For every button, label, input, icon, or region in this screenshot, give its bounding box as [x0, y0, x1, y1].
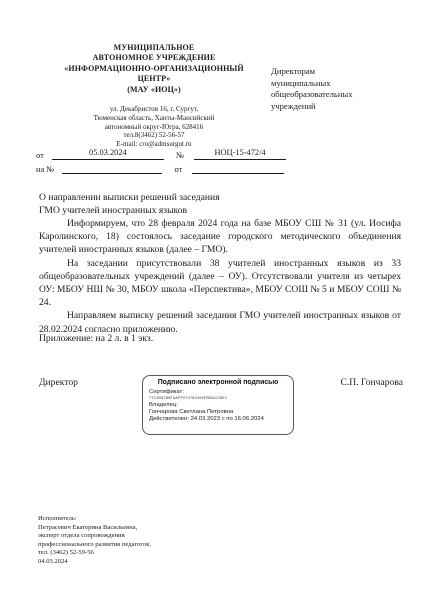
body-paragraph: Направляем выписку решений заседания ГМО…: [39, 309, 401, 335]
letter-body: Информируем, что 28 февраля 2024 года на…: [39, 217, 401, 336]
subject-line: ГМО учителей иностранных языков: [39, 204, 289, 217]
executor-title-line: профессионального развития педагогов,: [38, 541, 238, 550]
org-contacts-block: ул. Декабристов 16, г. Сургут, Тюменская…: [38, 105, 270, 149]
org-address-line: автономный округ-Югра, 628416: [38, 123, 270, 132]
ref-reply-date-value: [192, 162, 284, 174]
stamp-validity: Действителен: 24.03.2023 с по 16.06.2024: [149, 416, 287, 423]
body-paragraph: Информируем, что 28 февраля 2024 года на…: [39, 217, 401, 257]
addressee-line: муниципальных: [271, 78, 406, 90]
addressee-line: Директорам: [271, 66, 406, 78]
org-name-line: «ИНФОРМАЦИОННО-ОРГАНИЗАЦИОННЫЙ: [38, 64, 270, 74]
letter-page: МУНИЦИПАЛЬНОЕ АВТОНОМНОЕ УЧРЕЖДЕНИЕ «ИНФ…: [0, 0, 424, 600]
org-address-line: Тюменская область, Ханты-Мансийский: [38, 114, 270, 123]
executor-block: Исполнитель: Петрасевич Екатерина Василь…: [38, 515, 238, 567]
executor-title-line: эксперт отдела сопровождения: [38, 532, 238, 541]
executor-label: Исполнитель:: [38, 515, 238, 524]
ref-reply-from-label: от: [174, 165, 182, 174]
org-phone-line: тел.8(3462) 52-56-57: [38, 131, 270, 140]
ref-reply-number-value: [62, 162, 162, 174]
addressee-line: общеобразовательных: [271, 89, 406, 101]
ref-reply-label: на №: [36, 165, 54, 174]
ref-number-value: НОЦ-15-472/4: [194, 148, 286, 160]
stamp-title: Подписано электронной подписью: [149, 379, 287, 387]
subject-line: О направлении выписки решений заседания: [39, 191, 289, 204]
executor-name: Петрасевич Екатерина Васильевна,: [38, 524, 238, 533]
body-paragraph: На заседании присутствовали 38 учителей …: [39, 257, 401, 310]
org-name-line: (МАУ «ИОЦ»): [38, 85, 270, 95]
ref-from-label: от: [36, 151, 44, 160]
stamp-owner-label: Владелец:: [149, 402, 287, 409]
org-name-block: МУНИЦИПАЛЬНОЕ АВТОНОМНОЕ УЧРЕЖДЕНИЕ «ИНФ…: [38, 43, 270, 95]
ref-number-label: №: [176, 151, 184, 160]
addressee-block: Директорам муниципальных общеобразовател…: [271, 66, 406, 112]
org-name-line: ЦЕНТР»: [38, 74, 270, 84]
attachment-note: Приложение: на 2 л. в 1 экз.: [39, 333, 153, 344]
executor-phone: тел. (3462) 52-59-56: [38, 549, 238, 558]
org-name-line: АВТОНОМНОЕ УЧРЕЖДЕНИЕ: [38, 53, 270, 63]
org-address-line: ул. Декабристов 16, г. Сургут,: [38, 105, 270, 114]
subject-block: О направлении выписки решений заседания …: [39, 191, 289, 217]
signer-name: С.П. Гончарова: [341, 377, 404, 388]
signer-position: Директор: [39, 377, 78, 388]
ref-date-value: 05.03.2024: [52, 148, 164, 160]
org-name-line: МУНИЦИПАЛЬНОЕ: [38, 43, 270, 53]
ref-row-outgoing: от 05.03.2024 № НОЦ-15-472/4: [36, 148, 286, 160]
executor-date: 04.03.2024: [38, 558, 238, 567]
stamp-certificate-label: Сертификат:: [149, 389, 287, 396]
electronic-signature-stamp: Подписано электронной подписью Сертифика…: [142, 375, 294, 435]
addressee-line: учреждений: [271, 101, 406, 113]
ref-row-reply: на № от: [36, 162, 284, 174]
